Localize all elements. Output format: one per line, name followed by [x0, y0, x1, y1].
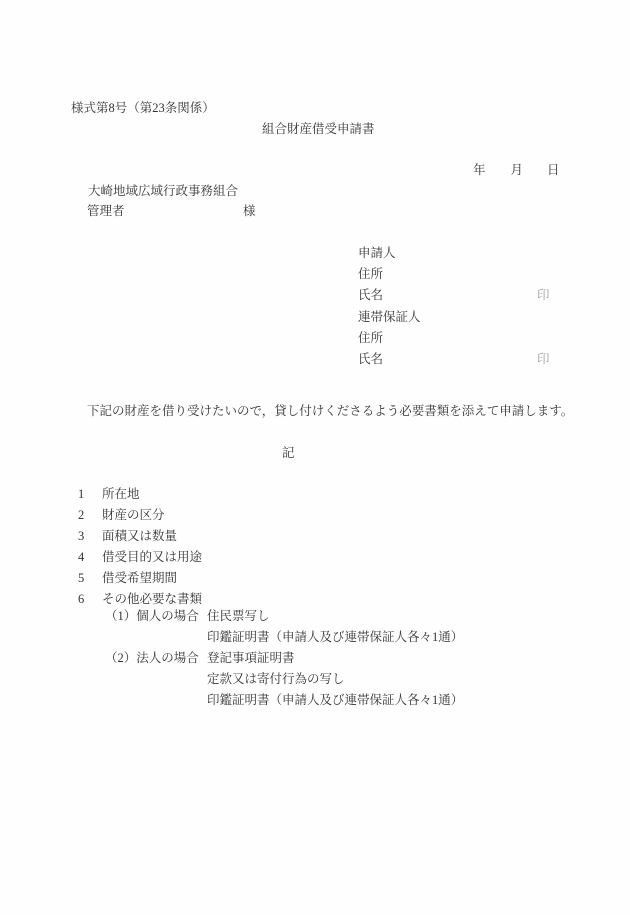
- applicant-name-label: 氏名: [358, 288, 383, 302]
- guarantor-address-label: 住所: [358, 330, 383, 346]
- date-line: 年月日: [473, 162, 560, 178]
- attachment-doc: 印鑑証明書（申請人及び連帯保証人各々1通）: [207, 629, 463, 645]
- date-month-label: 月: [511, 163, 524, 177]
- list-item: 5借受希望期間: [78, 570, 177, 586]
- guarantor-name-label: 氏名: [358, 352, 383, 366]
- list-item-label: 面積又は数量: [102, 529, 177, 543]
- guarantor-seal-mark: 印: [537, 351, 550, 367]
- guarantor-name-line: 氏名 印: [358, 351, 383, 367]
- applicant-address-label: 住所: [358, 266, 383, 282]
- attachment-row: 印鑑証明書（申請人及び連帯保証人各々1通）: [0, 629, 630, 646]
- list-item: 1所在地: [78, 486, 140, 502]
- application-form-page: 様式第8号（第23条関係） 組合財産借受申請書 年月日 大崎地域広域行政事務組合…: [0, 0, 630, 915]
- list-item-number: 3: [78, 528, 102, 544]
- list-item: 4借受目的又は用途: [78, 549, 202, 565]
- list-item-label: その他必要な書類: [102, 592, 202, 606]
- list-item-number: 1: [78, 486, 102, 502]
- page-title: 組合財産借受申請書: [262, 121, 375, 137]
- list-item-number: 6: [78, 591, 102, 607]
- attachment-row: 印鑑証明書（申請人及び連帯保証人各々1通）: [0, 692, 630, 709]
- attachment-case-label: （1）個人の場合: [105, 608, 199, 624]
- attachment-row: （2）法人の場合 登記事項証明書: [0, 650, 630, 667]
- attachment-doc: 定款又は寄付行為の写し: [207, 671, 345, 687]
- applicant-label: 申請人: [358, 245, 396, 261]
- addressee-line: 管理者 様: [87, 203, 125, 219]
- addressee-role: 管理者: [87, 204, 125, 218]
- list-item-label: 借受目的又は用途: [102, 550, 202, 564]
- addressee-honorific: 様: [243, 203, 256, 219]
- record-marker: 記: [282, 445, 295, 461]
- list-item: 6その他必要な書類: [78, 591, 202, 607]
- list-item-number: 4: [78, 549, 102, 565]
- list-item: 3面積又は数量: [78, 528, 177, 544]
- list-item-number: 2: [78, 507, 102, 523]
- date-day-label: 日: [547, 163, 560, 177]
- list-item: 2財産の区分: [78, 507, 165, 523]
- list-item-label: 所在地: [102, 487, 140, 501]
- form-number: 様式第8号（第23条関係）: [71, 100, 215, 116]
- attachment-doc: 住民票写し: [207, 608, 270, 624]
- attachment-case-label: （2）法人の場合: [105, 650, 199, 666]
- addressee-organization: 大崎地域広域行政事務組合: [88, 183, 238, 199]
- attachment-doc: 登記事項証明書: [207, 650, 295, 666]
- applicant-seal-mark: 印: [537, 287, 550, 303]
- list-item-label: 財産の区分: [102, 508, 165, 522]
- attachment-row: 定款又は寄付行為の写し: [0, 671, 630, 688]
- attachment-doc: 印鑑証明書（申請人及び連帯保証人各々1通）: [207, 692, 463, 708]
- list-item-number: 5: [78, 570, 102, 586]
- guarantor-label: 連帯保証人: [358, 309, 421, 325]
- list-item-label: 借受希望期間: [102, 571, 177, 585]
- date-year-label: 年: [473, 163, 486, 177]
- attachment-row: （1）個人の場合 住民票写し: [0, 608, 630, 625]
- applicant-name-line: 氏名 印: [358, 287, 383, 303]
- body-sentence: 下記の財産を借り受けたいので，貸し付けくださるよう必要書類を添えて申請します。: [87, 403, 573, 419]
